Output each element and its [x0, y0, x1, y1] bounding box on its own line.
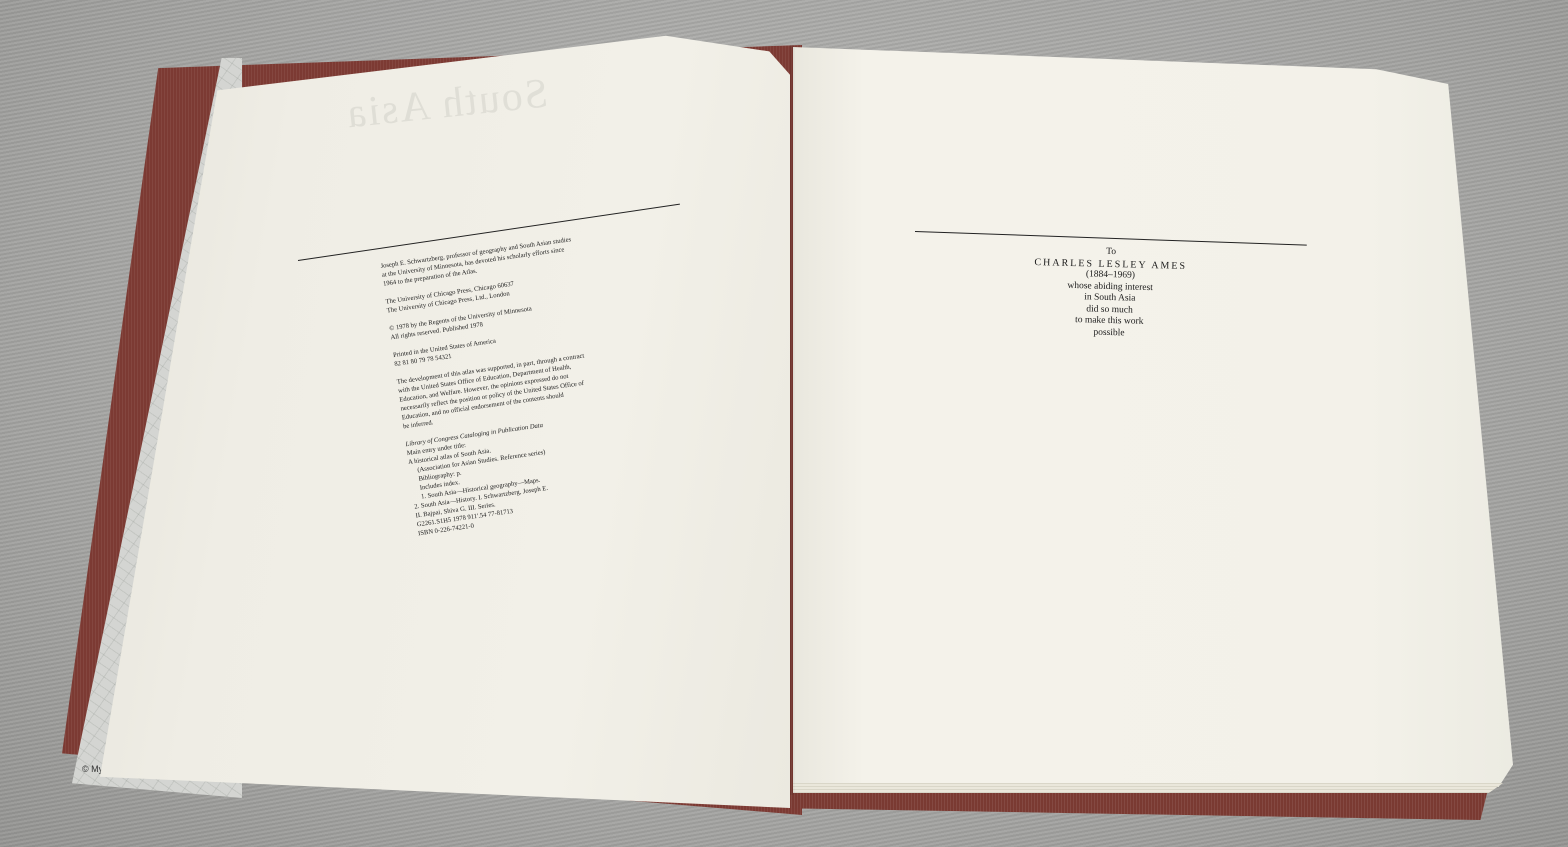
copyright-block: Joseph E. Schwartzberg, professor of geo… [380, 231, 638, 547]
dedication-block: To CHARLES LESLEY AMES (1884–1969) whose… [999, 244, 1221, 342]
right-page [793, 47, 1513, 787]
page-block-edge [793, 783, 1503, 793]
cip-data: Library of Congress Cataloging in Public… [405, 410, 637, 539]
book-gutter [790, 45, 795, 795]
photo-scene: © Mystro South Asia Joseph E. Schwartzbe… [0, 0, 1568, 847]
